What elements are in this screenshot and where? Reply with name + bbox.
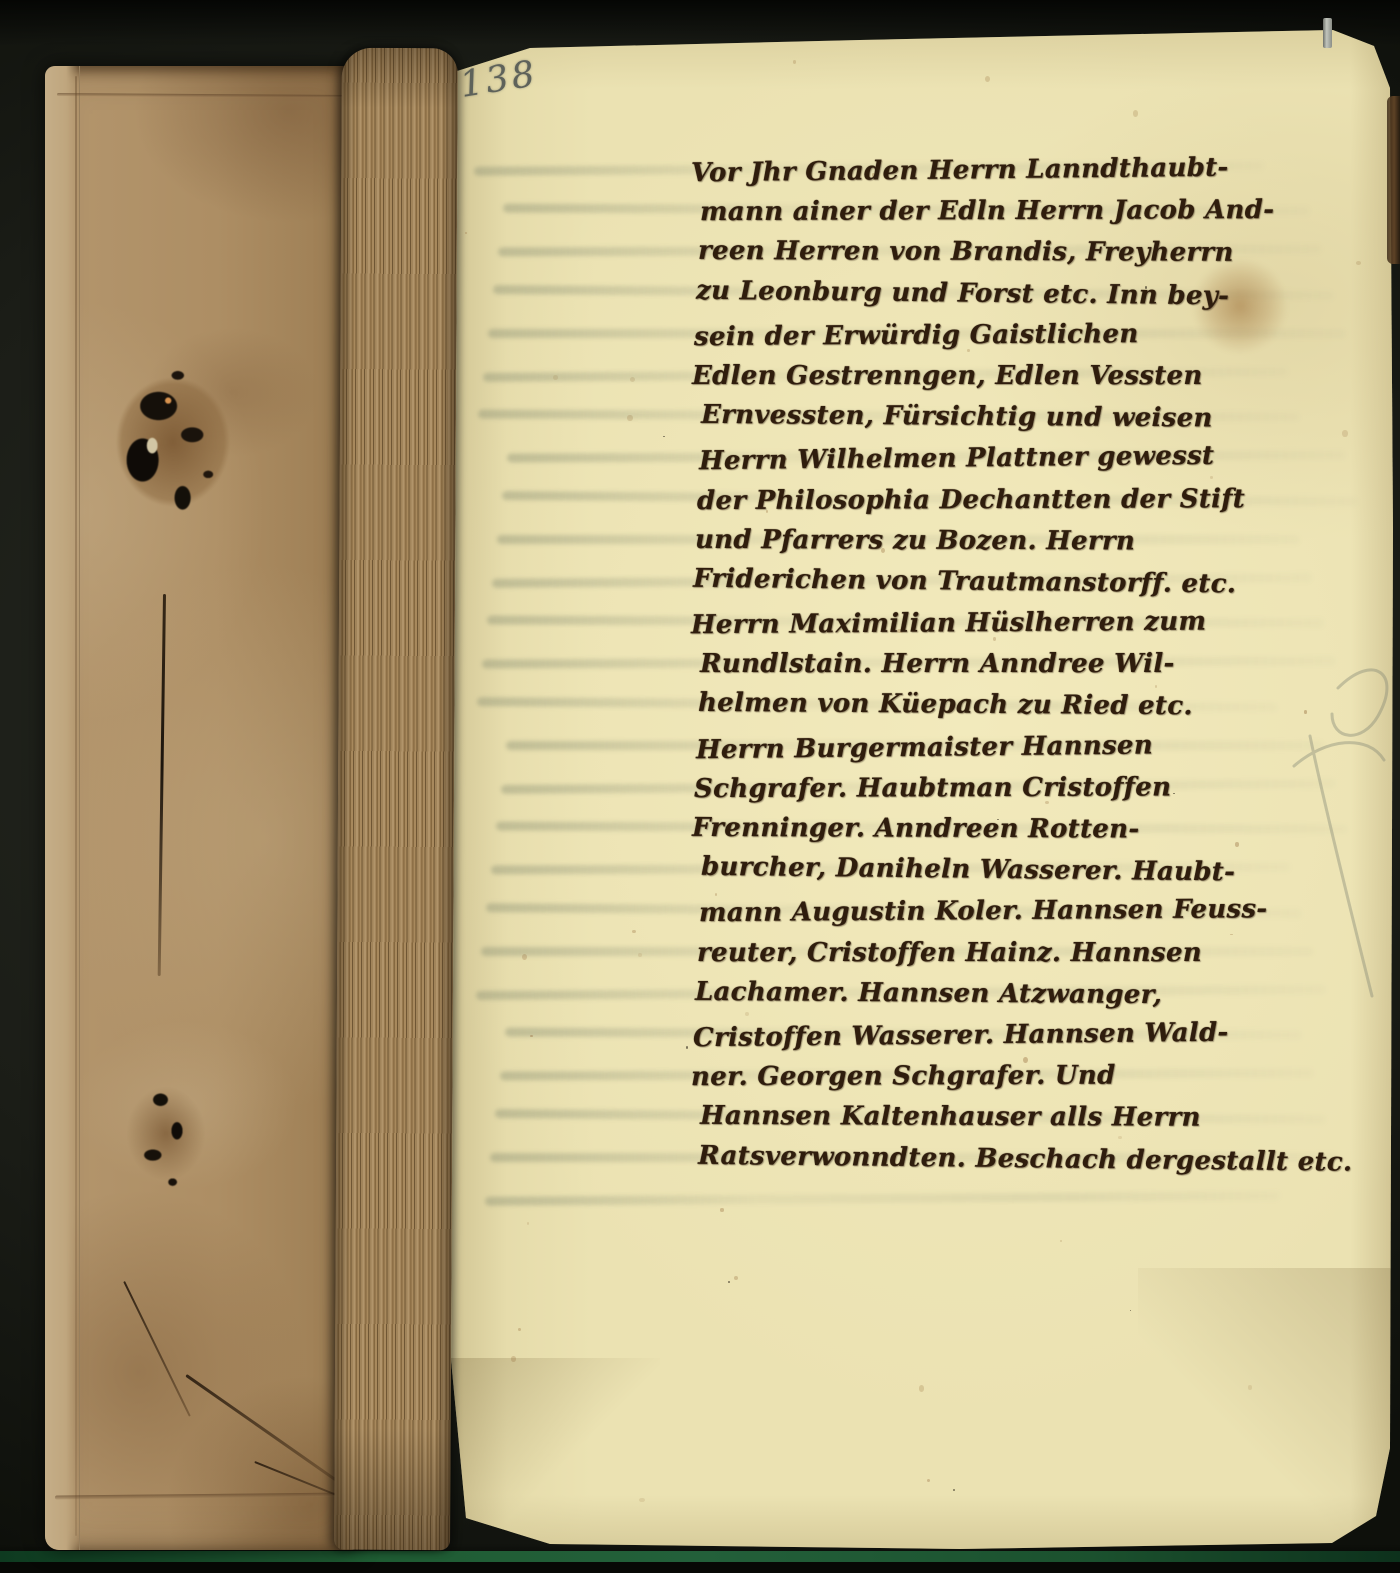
foxing-speck (720, 1208, 724, 1211)
page-block-fore-edge (334, 48, 458, 1551)
manuscript-line: Cristoffen Wasserer. Hannsen Wald- (693, 1012, 1313, 1060)
manuscript-line: reen Herren von Brandis, Freyherrn (698, 231, 1318, 274)
foxing-speck (734, 1276, 738, 1280)
page-curl-edge (1387, 96, 1400, 264)
manuscript-line: zu Leonburg und Forst etc. Inn bey- (696, 270, 1316, 318)
manuscript-line: Edlen Gestrenngen, Edlen Vessten (692, 356, 1312, 397)
manuscript-page: 138 Vor Jhr Gnaden Herrn Lanndthaubt-man… (440, 28, 1398, 1556)
manuscript-line: Ratsverwonndten. Beschach dergestallt et… (698, 1135, 1318, 1183)
cover-crease-bottom (55, 1492, 351, 1499)
foxing-speck (953, 1489, 955, 1491)
manuscript-line: ner. Georgen Schgrafer. Und (691, 1055, 1311, 1098)
manuscript-line: Vor Jhr Gnaden Herrn Lanndthaubt- (691, 147, 1311, 195)
foxing-speck (632, 930, 636, 933)
foxing-speck (927, 1479, 930, 1482)
foxing-speck (686, 1046, 689, 1050)
foxing-speck (630, 377, 635, 382)
foxing-speck (511, 1356, 516, 1361)
foxing-speck (639, 1498, 645, 1503)
clamp-highlight (1323, 18, 1332, 48)
manuscript-line: Lachamer. Hannsen Atzwanger, (695, 972, 1315, 1018)
foxing-speck (522, 954, 527, 960)
foxing-speck (530, 1035, 533, 1037)
cover-fold-line (75, 76, 77, 1536)
foxing-speck (1248, 1385, 1253, 1390)
pencil-marginalia (1276, 644, 1400, 1044)
foxing-speck (627, 415, 633, 422)
backdrop-bottom (0, 1562, 1400, 1573)
manuscript-line: Schgrafer. Haubtman Cristoffen (694, 767, 1314, 810)
manuscript-line: Ernvessten, Fürsichtig und weisen (701, 395, 1321, 441)
manuscript-line: Herrn Wilhelmen Plattner gewesst (699, 435, 1319, 483)
photo-backdrop: 138 Vor Jhr Gnaden Herrn Lanndthaubt-man… (0, 0, 1400, 1573)
cover-crack-vertical (158, 594, 166, 976)
manuscript-line: der Philosophia Dechantten der Stift (697, 478, 1317, 521)
foxing-speck (1060, 1240, 1062, 1241)
cover-crack-lower (123, 1281, 191, 1417)
manuscript-text-block: Vor Jhr Gnaden Herrn Lanndthaubt-mann ai… (696, 150, 1316, 1180)
ink-blot-large (93, 352, 253, 532)
manuscript-line: Frenninger. Anndreen Rotten- (692, 808, 1312, 851)
cover-crack-diagonal (185, 1374, 339, 1483)
foxing-speck (1130, 1310, 1131, 1311)
foxing-speck (663, 436, 664, 437)
ink-blot-small (111, 1066, 221, 1201)
foxing-speck (465, 232, 467, 233)
manuscript-line: helmen von Küepach zu Ried etc. (698, 683, 1318, 729)
manuscript-line: reuter, Cristoffen Hainz. Hannsen (697, 933, 1317, 974)
foxing-speck (1342, 430, 1348, 436)
foxing-speck (985, 76, 990, 82)
manuscript-line: mann ainer der Edln Herrn Jacob And- (700, 190, 1320, 233)
manuscript-line: mann Augustin Koler. Hannsen Feuss- (699, 889, 1319, 935)
parchment-back-cover (45, 66, 357, 1550)
foxing-speck (1133, 110, 1138, 116)
foxing-speck (553, 375, 559, 380)
table-green-edge (0, 1551, 1400, 1562)
manuscript-line: burcher, Daniheln Wasserer. Haubt- (701, 847, 1321, 895)
manuscript-line: Herrn Burgermaister Hannsen (696, 723, 1316, 771)
manuscript-line: und Pfarrers zu Bozen. Herrn (695, 520, 1315, 563)
cover-crease-top (57, 93, 349, 98)
foxing-speck (728, 1281, 730, 1283)
manuscript-line: Friderichen von Trautmanstorff. etc. (693, 559, 1313, 607)
foxing-speck (1356, 261, 1361, 265)
foxing-speck (638, 953, 643, 957)
manuscript-line: Hannsen Kaltenhauser alls Herrn (700, 1096, 1320, 1139)
foxing-speck (527, 1222, 529, 1225)
manuscript-line: Herrn Maximilian Hüslherren zum (691, 601, 1311, 647)
foxing-speck (518, 1328, 521, 1331)
manuscript-line: sein der Erwürdig Gaistlichen (694, 313, 1314, 359)
foxing-speck (919, 1385, 925, 1392)
foxing-speck (793, 60, 797, 64)
manuscript-line: Rundlstain. Herrn Anndree Wil- (700, 644, 1320, 685)
